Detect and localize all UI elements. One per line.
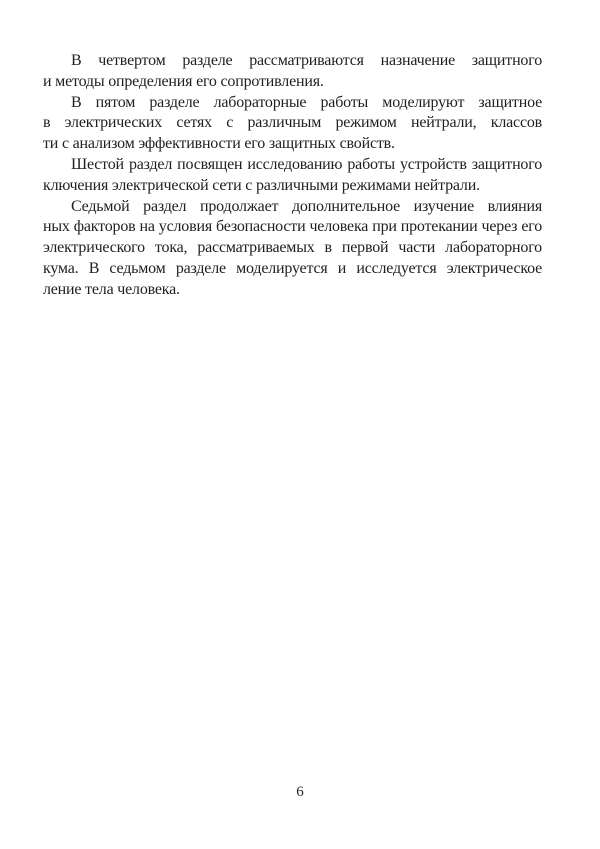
text-line: кума. В седьмом разделе моделируется и и… [43, 259, 542, 280]
text-line: Шестой раздел посвящен исследованию рабо… [43, 155, 542, 176]
text-line: ных факторов на условия безопасности чел… [43, 217, 542, 238]
text-line: Седьмой раздел продолжает дополнительное… [43, 197, 542, 218]
paragraph: В пятом разделе лабораторные работы моде… [43, 93, 542, 155]
body-text: В четвертом разделе рассматриваются назн… [43, 51, 542, 301]
paragraph: В четвертом разделе рассматриваются назн… [43, 51, 542, 93]
text-line: и методы определения его сопротивления. [43, 72, 542, 93]
paragraph: Шестой раздел посвящен исследованию рабо… [43, 155, 542, 197]
text-line: ти с анализом эффективности его защитных… [43, 134, 542, 155]
text-line: В четвертом разделе рассматриваются назн… [43, 51, 542, 72]
paragraph: Седьмой раздел продолжает дополнительное… [43, 197, 542, 301]
text-line: электрического тока, рассматриваемых в п… [43, 238, 542, 259]
page-number: 6 [0, 784, 600, 801]
text-line: ление тела человека. [43, 280, 542, 301]
text-line: в электрических сетях с различным режимо… [43, 113, 542, 134]
document-page: В четвертом разделе рассматриваются назн… [0, 0, 600, 849]
text-line: ключения электрической сети с различными… [43, 176, 542, 197]
text-line: В пятом разделе лабораторные работы моде… [43, 93, 542, 114]
